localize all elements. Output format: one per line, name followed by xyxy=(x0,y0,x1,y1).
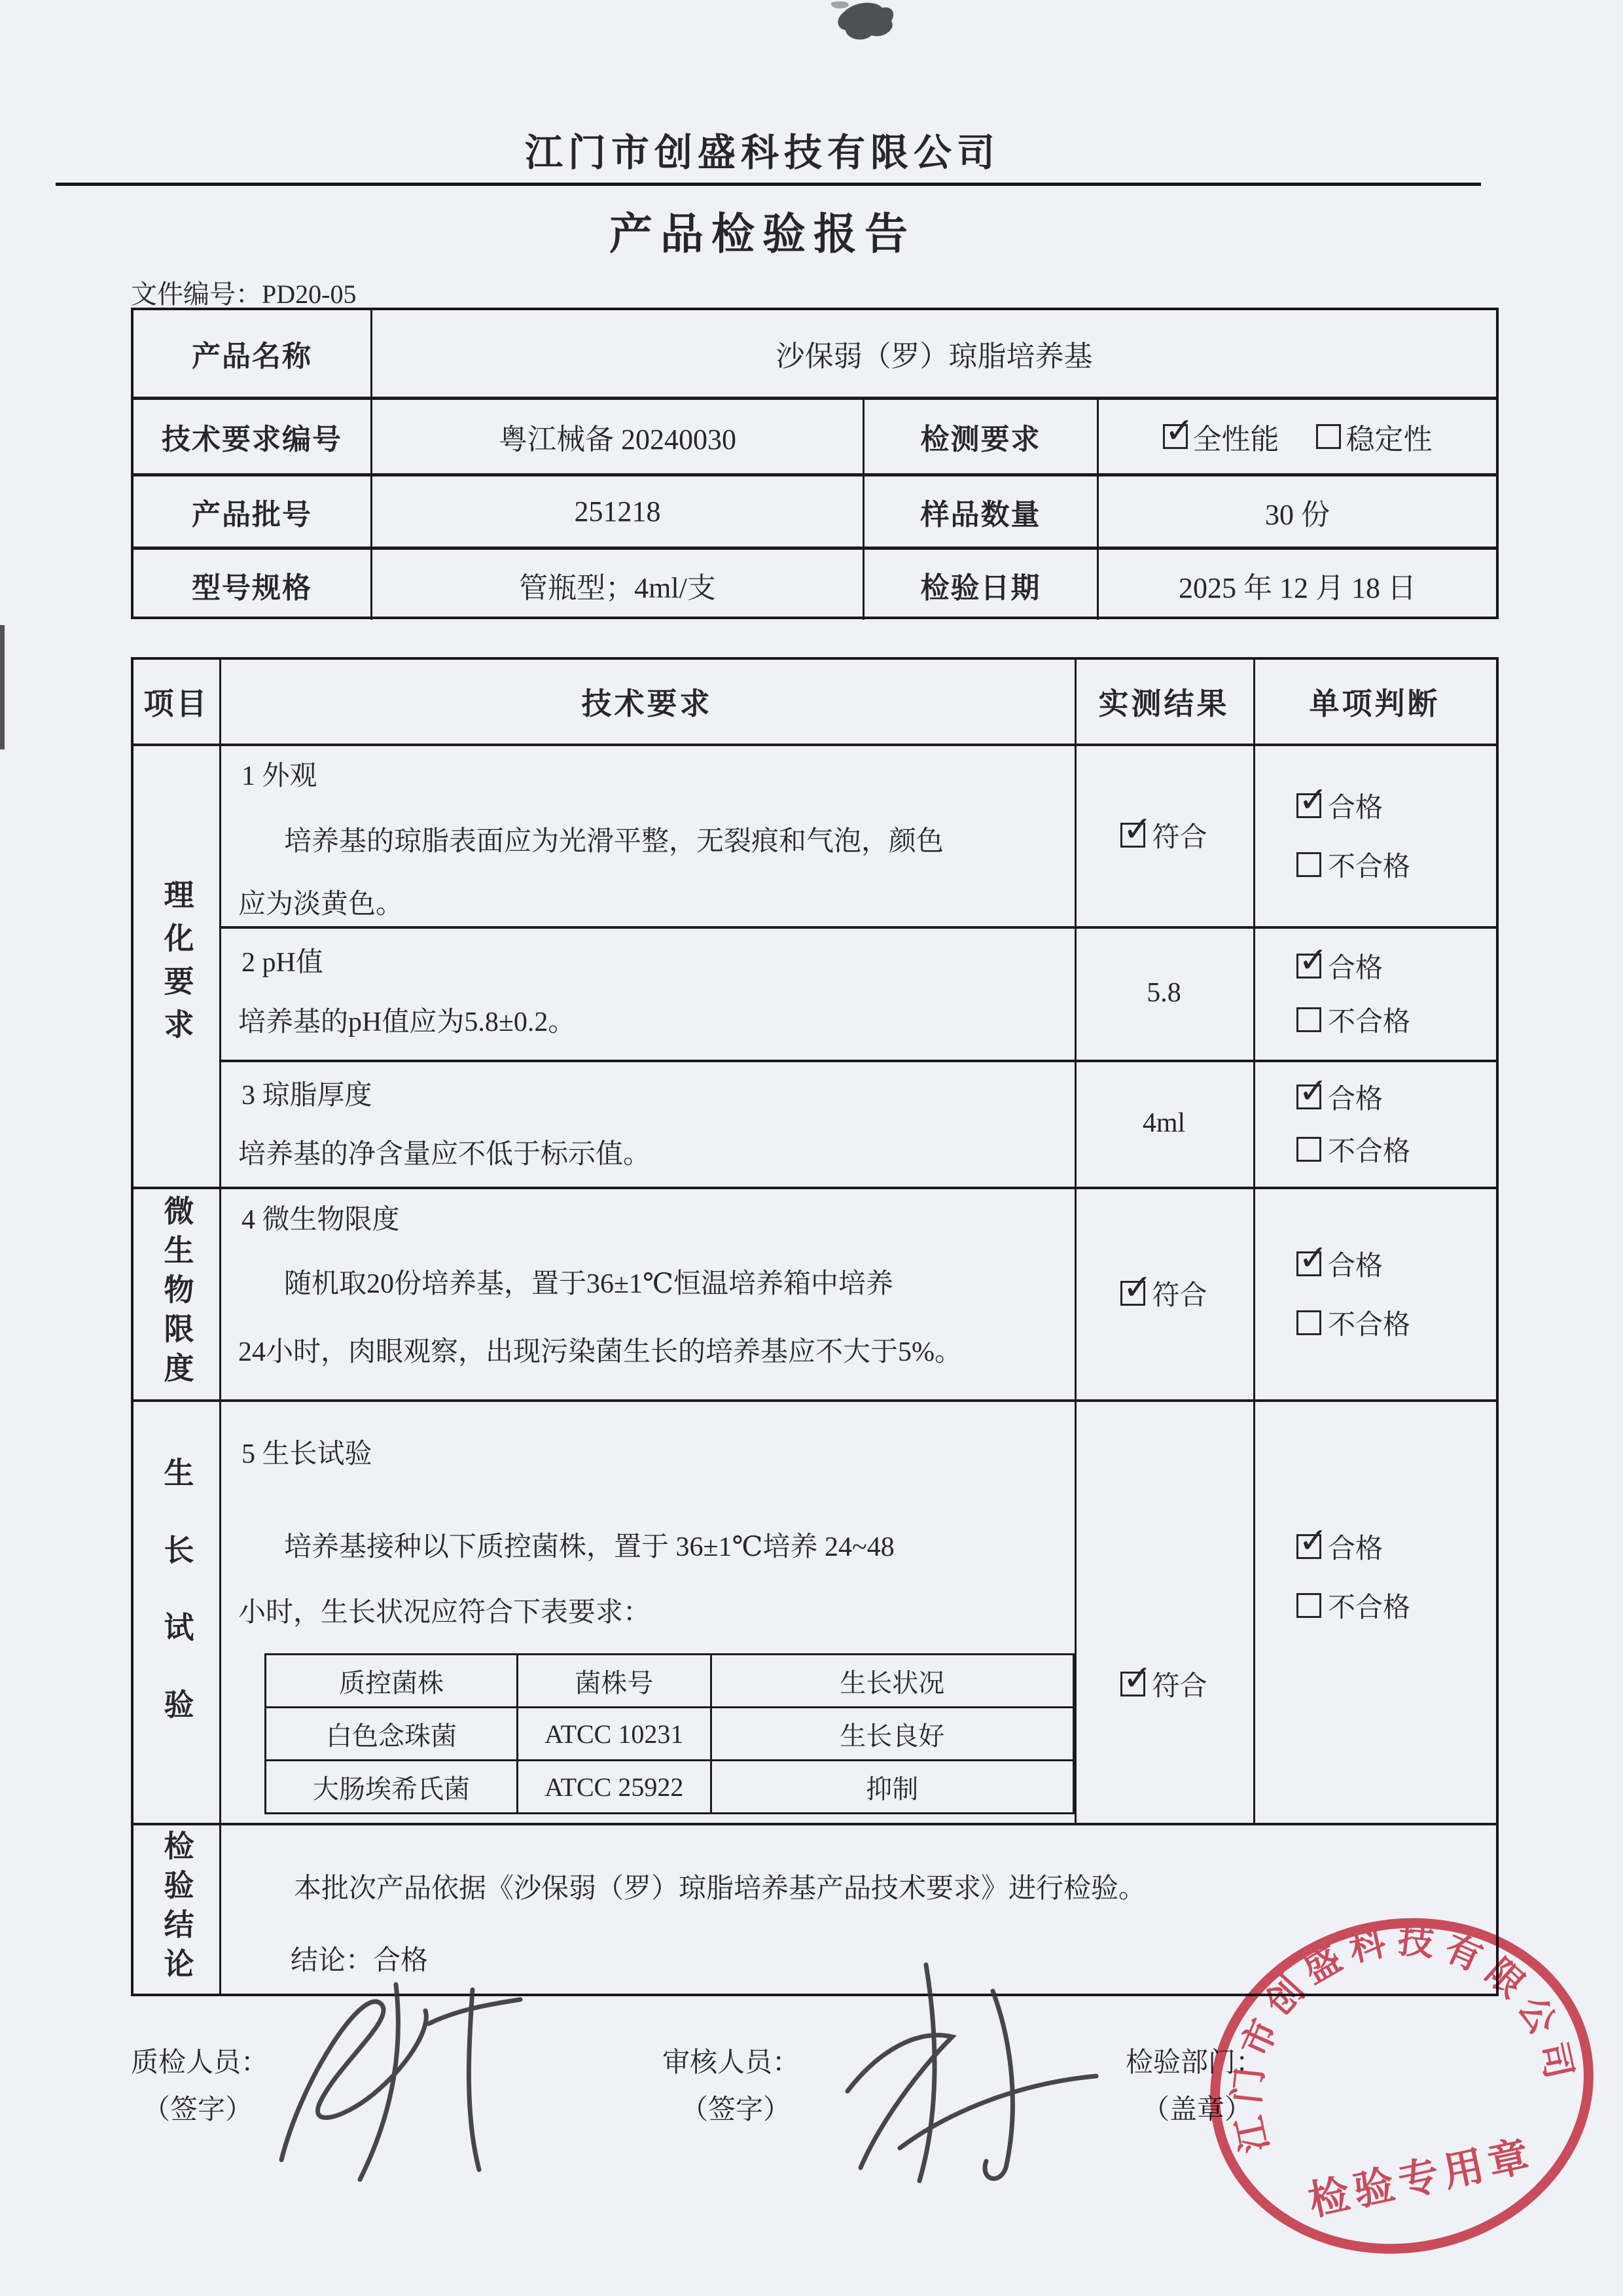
checkbox-empty-icon xyxy=(1296,852,1321,877)
req-text: 应为淡黄色。 xyxy=(238,888,403,922)
check-icon: ✓ xyxy=(1165,413,1194,448)
req-text: 培养基的琼脂表面应为光滑平整，无裂痕和气泡，颜色 xyxy=(284,825,944,859)
check-icon: ✓ xyxy=(1298,1240,1328,1276)
product-name-label: 产品名称 xyxy=(134,310,370,397)
col-header-requirement: 技术要求 xyxy=(219,660,1075,744)
checkbox-empty-icon xyxy=(1296,1310,1321,1335)
table-row: 产品名称 沙保弱（罗）琼脂培养基 xyxy=(134,310,1496,397)
section-label-text: 检验结论 xyxy=(155,1830,198,1987)
stamp-ring-text: 江门市创盛科技有限公司 xyxy=(1199,1906,1581,2156)
checkbox-checked-icon: ✓ xyxy=(1120,1672,1145,1696)
option-label: 全性能 xyxy=(1193,416,1279,457)
req-text: 培养基的净含量应不低于标示值。 xyxy=(238,1138,651,1172)
col-header-result: 实测结果 xyxy=(1075,660,1253,744)
req-text: 随机取20份培养基，置于36±1℃恒温培养箱中培养 xyxy=(284,1267,893,1302)
qc-signature xyxy=(262,1964,537,2193)
result-cell: 4ml xyxy=(1075,1060,1253,1187)
growth-cell: 抑制 xyxy=(710,1761,1073,1812)
table-row: 型号规格 管瓶型；4ml/支 检验日期 2025 年 12 月 18 日 xyxy=(134,547,1496,620)
company-name: 江门市创盛科技有限公司 xyxy=(0,122,1525,177)
batch-value: 251218 xyxy=(370,476,863,547)
result-text: 符合 xyxy=(1152,1274,1207,1313)
report-page: 江门市创盛科技有限公司 产品检验报告 文件编号：PD20-05 产品名称 沙保弱… xyxy=(0,0,1623,2296)
growth-cell: ATCC 10231 xyxy=(516,1708,710,1759)
checkbox-checked-icon: ✓ xyxy=(1296,793,1321,818)
sample-qty-label: 样品数量 xyxy=(863,476,1097,547)
check-icon: ✓ xyxy=(1298,782,1328,817)
checkbox-checked-icon: ✓ xyxy=(1163,424,1188,449)
req-heading: 3 琼脂厚度 xyxy=(241,1079,372,1113)
req-text: 24小时，肉眼观察，出现污染菌生长的培养基应不大于5%。 xyxy=(238,1335,962,1370)
table-divider xyxy=(134,1823,1496,1825)
fail-label: 不合格 xyxy=(1328,1130,1410,1169)
req-heading: 5 生长试验 xyxy=(241,1437,372,1472)
checkbox-checked-icon: ✓ xyxy=(1120,823,1145,848)
option-full-performance: ✓ 全性能 xyxy=(1163,416,1279,457)
checkbox-checked-icon: ✓ xyxy=(1296,1085,1321,1109)
col-header-judgment: 单项判断 xyxy=(1253,660,1496,744)
scan-artifact-top xyxy=(805,0,923,59)
growth-cell: 大肠埃希氏菌 xyxy=(266,1761,516,1812)
result-cell: ✓符合 xyxy=(1075,1187,1253,1399)
growth-cell: 生长良好 xyxy=(710,1708,1073,1759)
page-title: 产品检验报告 xyxy=(0,199,1525,261)
pass-label: 合格 xyxy=(1328,1244,1383,1283)
req-text: 培养基接种以下质控菌株，置于 36±1℃培养 24~48 xyxy=(284,1530,895,1565)
tech-req-no-value: 粤江械备 20240030 xyxy=(370,400,863,473)
result-cell: 5.8 xyxy=(1075,926,1253,1060)
check-icon: ✓ xyxy=(1122,1660,1152,1696)
model-label: 型号规格 xyxy=(134,550,370,620)
growth-cell: 白色念珠菌 xyxy=(266,1708,516,1759)
fail-label: 不合格 xyxy=(1328,1586,1410,1625)
sample-qty-value: 30 份 xyxy=(1097,476,1496,547)
growth-header-strain: 质控菌株 xyxy=(266,1655,516,1706)
table-row: 大肠埃希氏菌 ATCC 25922 抑制 xyxy=(266,1759,1073,1812)
judgment-cell: ✓合格 不合格 xyxy=(1253,1465,1496,1687)
section-label-conclusion: 检验结论 xyxy=(134,1823,219,1994)
check-icon: ✓ xyxy=(1298,942,1328,978)
check-icon: ✓ xyxy=(1122,1270,1152,1305)
fail-label: 不合格 xyxy=(1328,845,1410,884)
result-table: 项目 技术要求 实测结果 单项判断 理化要求 微生物限度 生长试验 检验结论 1… xyxy=(131,657,1499,1996)
test-req-value: ✓ 全性能 稳定性 xyxy=(1097,400,1496,473)
req-text: 小时，生长状况应符合下表要求： xyxy=(238,1596,651,1630)
table-divider xyxy=(219,660,221,1994)
check-icon: ✓ xyxy=(1298,1523,1328,1558)
pass-label: 合格 xyxy=(1328,1077,1383,1117)
checkbox-checked-icon: ✓ xyxy=(1296,1534,1321,1559)
reviewer-label: 审核人员： xyxy=(662,2041,800,2080)
col-header-item: 项目 xyxy=(134,660,219,744)
section-label-growth: 生长试验 xyxy=(134,1399,219,1823)
header-rule xyxy=(56,183,1481,186)
model-value: 管瓶型；4ml/支 xyxy=(370,550,863,620)
checkbox-empty-icon xyxy=(1296,1593,1321,1618)
table-divider xyxy=(134,1399,1496,1402)
conclusion-text: 本批次产品依据《沙保弱（罗）琼脂培养基产品技术要求》进行检验。 xyxy=(294,1872,1146,1907)
checkbox-checked-icon: ✓ xyxy=(1120,1281,1145,1306)
checkbox-checked-icon: ✓ xyxy=(1296,1251,1321,1276)
option-label: 稳定性 xyxy=(1346,416,1433,457)
option-stability: 稳定性 xyxy=(1316,416,1433,457)
growth-test-table: 质控菌株 菌株号 生长状况 白色念珠菌 ATCC 10231 生长良好 大肠埃希… xyxy=(264,1653,1075,1814)
product-name-value: 沙保弱（罗）琼脂培养基 xyxy=(370,310,1496,397)
req-text: 培养基的pH值应为5.8±0.2。 xyxy=(238,1005,575,1040)
pass-label: 合格 xyxy=(1328,946,1383,986)
fail-label: 不合格 xyxy=(1328,1000,1410,1039)
req-heading: 4 微生物限度 xyxy=(241,1203,400,1238)
section-label-text: 理化要求 xyxy=(155,879,198,1052)
req-heading: 1 外观 xyxy=(241,759,317,794)
section-label-text: 微生物限度 xyxy=(155,1195,198,1391)
check-icon: ✓ xyxy=(1122,812,1152,847)
batch-label: 产品批号 xyxy=(134,476,370,547)
reviewer-sign-label: （签字） xyxy=(681,2088,791,2127)
checkbox-empty-icon xyxy=(1296,1007,1321,1032)
pass-label: 合格 xyxy=(1328,1527,1383,1566)
judgment-cell: ✓合格 不合格 xyxy=(1253,1187,1496,1399)
document-number: 文件编号：PD20-05 xyxy=(131,274,356,311)
tech-req-no-label: 技术要求编号 xyxy=(134,400,370,473)
test-req-label: 检测要求 xyxy=(863,400,1097,473)
growth-header-status: 生长状况 xyxy=(710,1655,1073,1706)
date-label: 检验日期 xyxy=(863,550,1097,620)
checkbox-empty-icon xyxy=(1296,1137,1321,1162)
svg-text:江门市创盛科技有限公司: 江门市创盛科技有限公司 xyxy=(1199,1906,1581,2156)
reviewer-signature xyxy=(821,1950,1103,2193)
req-heading: 2 pH值 xyxy=(241,946,323,980)
growth-cell: ATCC 25922 xyxy=(516,1761,710,1812)
judgment-cell: ✓合格 不合格 xyxy=(1253,744,1496,926)
checkbox-empty-icon xyxy=(1316,424,1341,449)
growth-header-strain-no: 菌株号 xyxy=(516,1655,710,1706)
section-label-physicochemical: 理化要求 xyxy=(134,744,219,1187)
section-label-text: 生长试验 xyxy=(155,1457,198,1766)
qc-person-label: 质检人员： xyxy=(131,2041,268,2080)
result-cell: ✓符合 xyxy=(1075,1576,1253,1792)
table-row: 白色念珠菌 ATCC 10231 生长良好 xyxy=(266,1706,1073,1759)
result-cell: ✓符合 xyxy=(1075,744,1253,926)
table-row: 技术要求编号 粤江械备 20240030 检测要求 ✓ 全性能 稳定性 xyxy=(134,397,1496,473)
stamp-center-text: 检验专用章 xyxy=(1305,2132,1539,2224)
company-inspection-stamp: 江门市创盛科技有限公司 检验专用章 xyxy=(1199,1906,1605,2266)
product-info-table: 产品名称 沙保弱（罗）琼脂培养基 技术要求编号 粤江械备 20240030 检测… xyxy=(131,308,1499,619)
pass-label: 合格 xyxy=(1328,786,1383,825)
scan-artifact-left-edge xyxy=(0,625,5,749)
qc-sign-label: （签字） xyxy=(143,2088,253,2127)
fail-label: 不合格 xyxy=(1328,1303,1410,1342)
result-text: 符合 xyxy=(1152,1664,1207,1704)
date-value: 2025 年 12 月 18 日 xyxy=(1097,550,1496,620)
table-row: 质控菌株 菌株号 生长状况 xyxy=(266,1655,1073,1706)
check-icon: ✓ xyxy=(1298,1073,1328,1109)
checkbox-checked-icon: ✓ xyxy=(1296,954,1321,978)
table-row: 产品批号 251218 样品数量 30 份 xyxy=(134,473,1496,547)
result-text: 符合 xyxy=(1152,816,1207,855)
judgment-cell: ✓合格 不合格 xyxy=(1253,1060,1496,1187)
section-label-microbial: 微生物限度 xyxy=(134,1187,219,1399)
judgment-cell: ✓合格 不合格 xyxy=(1253,926,1496,1060)
